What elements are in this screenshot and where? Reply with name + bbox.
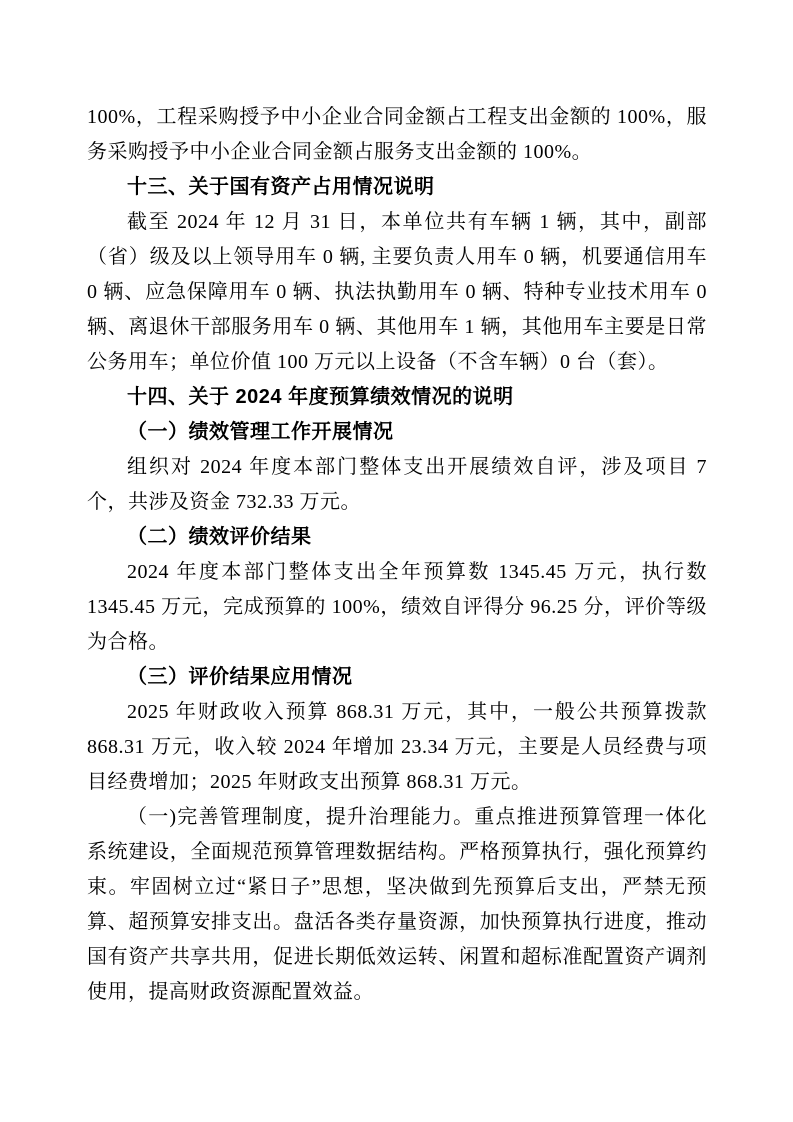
- section-14-heading: 十四、关于 2024 年度预算绩效情况的说明: [87, 380, 707, 415]
- evaluation-result-paragraph: 2024 年度本部门整体支出全年预算数 1345.45 万元，执行数 1345.…: [87, 555, 707, 660]
- management-improvement-paragraph: （一)完善管理制度，提升治理能力。重点推进预算管理一体化系统建设，全面规范预算管…: [87, 800, 707, 1010]
- procurement-continuation-paragraph: 100%，工程采购授予中小企业合同金额占工程支出金额的 100%，服务采购授予中…: [87, 100, 707, 170]
- section-13-heading: 十三、关于国有资产占用情况说明: [87, 170, 707, 205]
- state-assets-paragraph: 截至 2024 年 12 月 31 日，本单位共有车辆 1 辆，其中，副部（省）…: [87, 205, 707, 380]
- subsection-3-heading: （三）评价结果应用情况: [87, 660, 707, 695]
- document-page: 100%，工程采购授予中小企业合同金额占工程支出金额的 100%，服务采购授予中…: [0, 0, 793, 1122]
- subsection-1-heading: （一）绩效管理工作开展情况: [87, 415, 707, 450]
- subsection-2-heading: （二）绩效评价结果: [87, 520, 707, 555]
- result-application-paragraph: 2025 年财政收入预算 868.31 万元，其中，一般公共预算拨款 868.3…: [87, 695, 707, 800]
- performance-self-evaluation-paragraph: 组织对 2024 年度本部门整体支出开展绩效自评，涉及项目 7 个，共涉及资金 …: [87, 450, 707, 520]
